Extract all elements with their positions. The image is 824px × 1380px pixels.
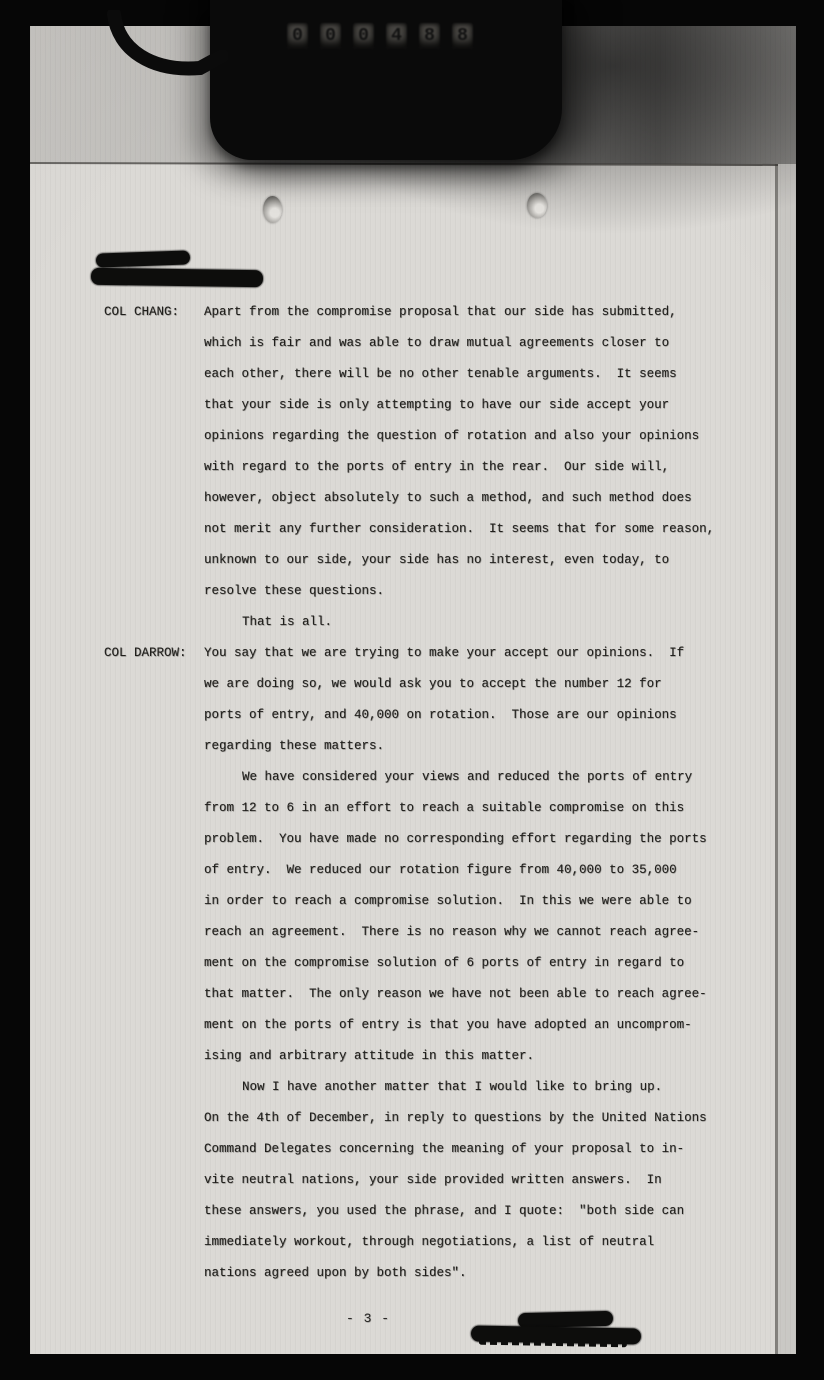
typed-line: these answers, you used the phrase, and … xyxy=(204,1196,734,1227)
typed-line: ising and arbitrary attitude in this mat… xyxy=(204,1041,734,1072)
typed-line: of entry. We reduced our rotation figure… xyxy=(204,855,734,886)
typed-line: Command Delegates concerning the meaning… xyxy=(204,1134,734,1165)
typed-line: ment on the ports of entry is that you h… xyxy=(204,1010,734,1041)
counter-arm-icon xyxy=(104,10,234,80)
page-number: - 3 - xyxy=(346,1303,390,1334)
typed-line: Now I have another matter that I would l… xyxy=(204,1072,734,1103)
typed-line: You say that we are trying to make your … xyxy=(204,638,734,669)
typed-line: On the 4th of December, in reply to ques… xyxy=(204,1103,734,1134)
typed-line: resolve these questions. xyxy=(204,576,734,607)
typed-line: in order to reach a compromise solution.… xyxy=(204,886,734,917)
typed-line: which is fair and was able to draw mutua… xyxy=(204,328,734,359)
typed-line: ment on the compromise solution of 6 por… xyxy=(204,948,734,979)
typed-line: nations agreed upon by both sides". xyxy=(204,1258,734,1289)
typed-line: with regard to the ports of entry in the… xyxy=(204,452,734,483)
punch-hole-icon xyxy=(263,196,282,223)
transcript: COL CHANG:Apart from the compromise prop… xyxy=(104,297,734,1289)
transcript-entry: COL DARROW:You say that we are trying to… xyxy=(104,638,734,1289)
counter-digit: 8 xyxy=(452,23,473,49)
punch-hole-icon xyxy=(527,193,547,218)
typed-line: however, object absolutely to such a met… xyxy=(204,483,734,514)
typed-line: We have considered your views and reduce… xyxy=(204,762,734,793)
typed-line: problem. You have made no corresponding … xyxy=(204,824,734,855)
typed-line: unknown to our side, your side has no in… xyxy=(204,545,734,576)
redaction-bar xyxy=(471,1326,641,1345)
typed-line: that your side is only attempting to hav… xyxy=(204,390,734,421)
counter-digit: 0 xyxy=(320,23,341,49)
transcript-entry: COL CHANG:Apart from the compromise prop… xyxy=(104,297,734,638)
counter-digit: 0 xyxy=(287,23,308,49)
typed-line: from 12 to 6 in an effort to reach a sui… xyxy=(204,793,734,824)
typed-line: ports of entry, and 40,000 on rotation. … xyxy=(204,700,734,731)
underlying-page-margin xyxy=(778,164,796,1354)
typed-line: That is all. xyxy=(204,607,734,638)
typed-line: each other, there will be no other tenab… xyxy=(204,359,734,390)
typed-line: immediately workout, through negotiation… xyxy=(204,1227,734,1258)
typed-line: vite neutral nations, your side provided… xyxy=(204,1165,734,1196)
document-page: SECURITY INFORMATION COL CHANG:Apart fro… xyxy=(30,26,796,1354)
redaction-bar xyxy=(96,250,190,267)
counter-digit: 0 xyxy=(353,23,374,49)
microfilm-scan: { "artifacts": { "frame_counter_value": … xyxy=(0,0,824,1380)
typed-line: not merit any further consideration. It … xyxy=(204,514,734,545)
typed-line: regarding these matters. xyxy=(204,731,734,762)
typed-line: Apart from the compromise proposal that … xyxy=(204,297,734,328)
speech-lines: You say that we are trying to make your … xyxy=(204,638,734,1289)
redaction-bar xyxy=(91,268,263,287)
speech-lines: Apart from the compromise proposal that … xyxy=(204,297,734,638)
typed-line: reach an agreement. There is no reason w… xyxy=(204,917,734,948)
typed-line: we are doing so, we would ask you to acc… xyxy=(204,669,734,700)
counter-digit: 8 xyxy=(419,23,440,49)
counter-digit: 4 xyxy=(386,23,407,49)
typed-line: opinions regarding the question of rotat… xyxy=(204,421,734,452)
frame-counter-display: 000488 xyxy=(287,23,473,49)
typed-line: that matter. The only reason we have not… xyxy=(204,979,734,1010)
speaker-label: COL DARROW: xyxy=(104,638,204,669)
speaker-label: COL CHANG: xyxy=(104,297,204,328)
